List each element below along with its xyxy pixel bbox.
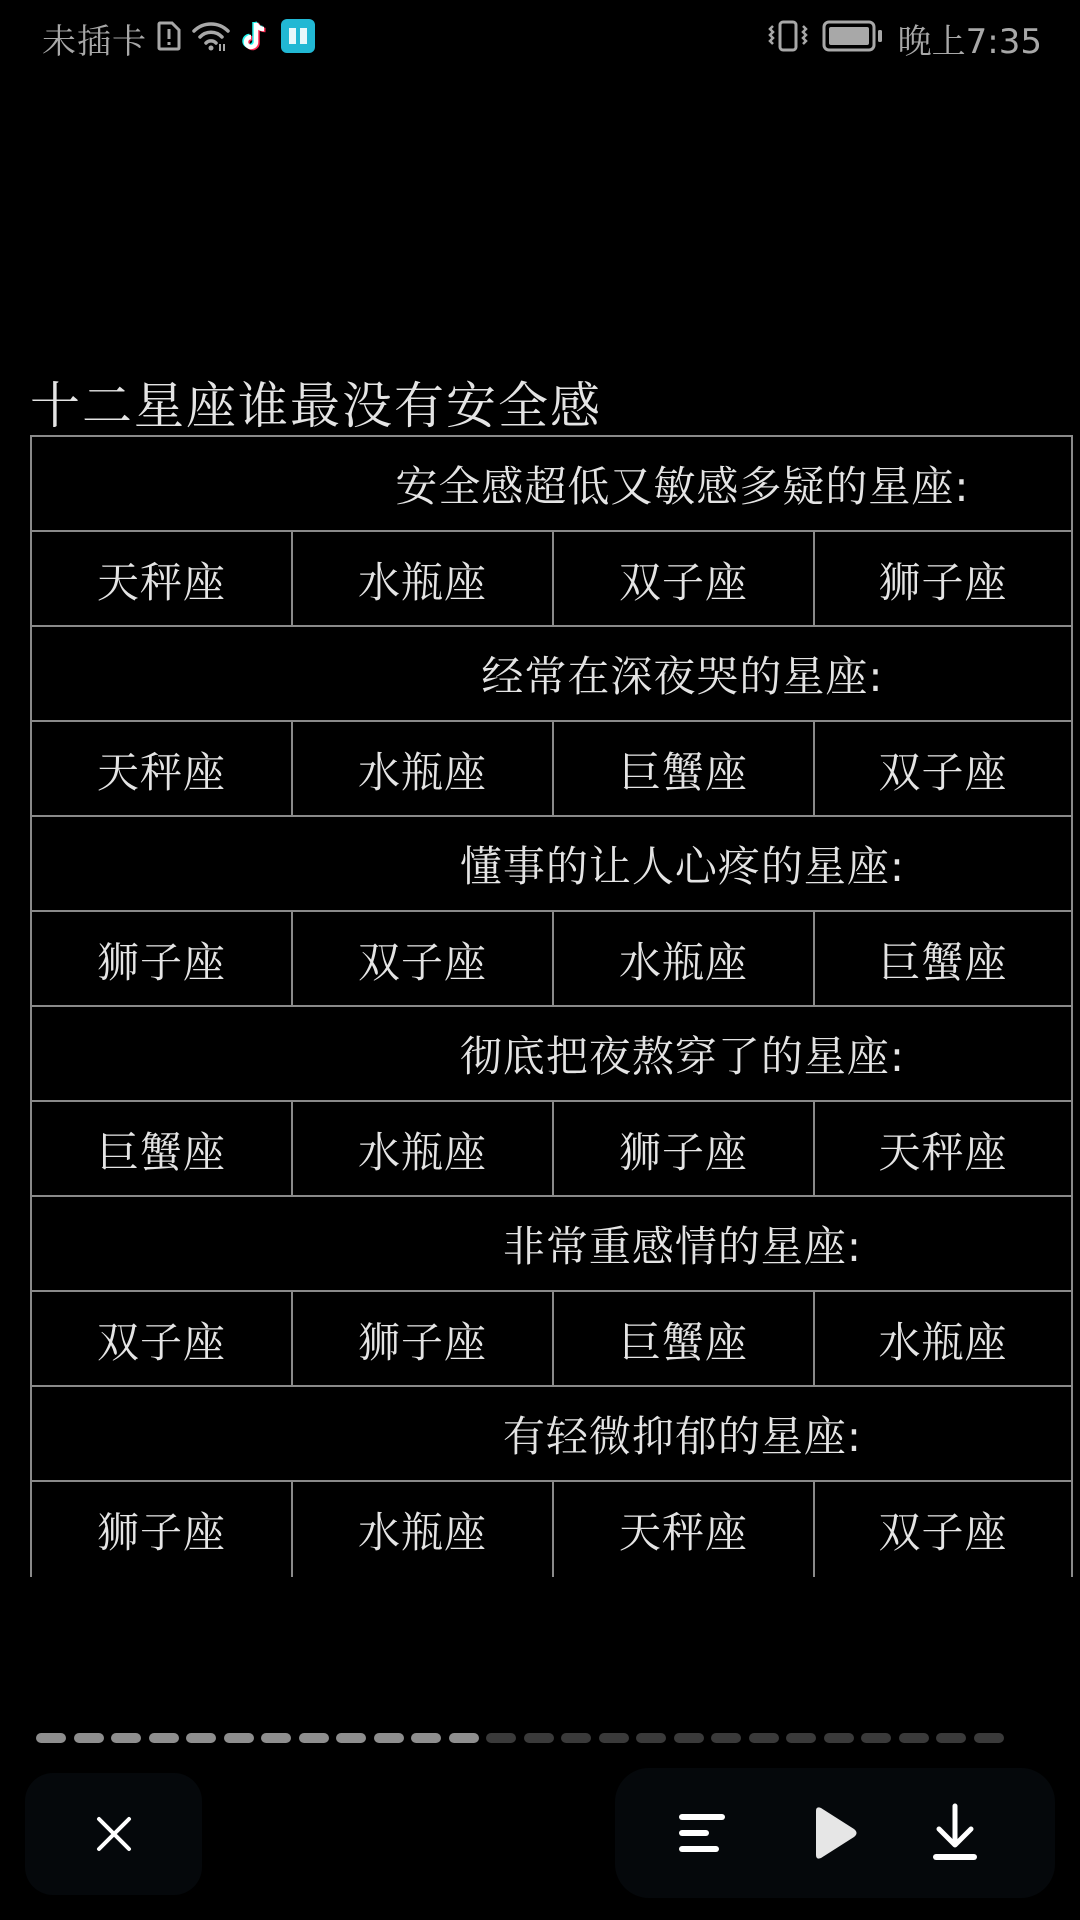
progress-segment[interactable] [149,1733,179,1743]
section-header: 经常在深夜哭的星座: [30,625,1073,720]
download-button[interactable] [905,1768,1005,1898]
sign-cell: 巨蟹座 [30,1102,291,1197]
list-icon [677,1811,727,1855]
clock: 晚上7:35 [898,14,1042,63]
sign-cell: 双子座 [813,722,1073,817]
progress-segment[interactable] [111,1733,141,1743]
progress-segment[interactable] [861,1733,891,1743]
progress-segment[interactable] [261,1733,291,1743]
reader-app-icon [281,19,315,57]
sign-cell: 狮子座 [813,532,1073,627]
vibrate-icon [768,20,808,56]
section-heading: 有轻微抑郁的星座: [294,1387,1071,1480]
progress-segment[interactable] [749,1733,779,1743]
progress-segment[interactable] [524,1733,554,1743]
sign-cell: 双子座 [30,1292,291,1387]
sign-cell: 双子座 [552,532,813,627]
play-button[interactable] [785,1768,885,1898]
sign-cell: 天秤座 [30,532,291,627]
sign-cell: 水瓶座 [291,1482,552,1577]
sign-cell: 水瓶座 [813,1292,1073,1387]
close-icon [94,1814,134,1854]
status-bar-left: 未插卡 [42,16,315,60]
sign-cell: 水瓶座 [291,532,552,627]
progress-segment[interactable] [411,1733,441,1743]
progress-segment[interactable] [674,1733,704,1743]
progress-segment[interactable] [486,1733,516,1743]
progress-segment[interactable] [374,1733,404,1743]
section-header: 有轻微抑郁的星座: [30,1385,1073,1480]
sign-cell: 巨蟹座 [813,912,1073,1007]
section-heading: 经常在深夜哭的星座: [294,627,1071,720]
progress-segment[interactable] [186,1733,216,1743]
section-header: 安全感超低又敏感多疑的星座: [30,435,1073,530]
progress-segment[interactable] [449,1733,479,1743]
progress-segment[interactable] [74,1733,104,1743]
list-button[interactable] [652,1768,752,1898]
progress-segment[interactable] [899,1733,929,1743]
section-header: 彻底把夜熬穿了的星座: [30,1005,1073,1100]
battery-icon [822,19,884,57]
zodiac-table: 安全感超低又敏感多疑的星座:天秤座水瓶座双子座狮子座经常在深夜哭的星座:天秤座水… [30,435,1073,1575]
sign-cell: 狮子座 [291,1292,552,1387]
sim-alert-icon [157,21,181,55]
sign-cell: 狮子座 [30,912,291,1007]
section-heading: 懂事的让人心疼的星座: [294,817,1071,910]
slideshow-progress [36,1733,1004,1743]
progress-segment[interactable] [824,1733,854,1743]
progress-segment[interactable] [936,1733,966,1743]
progress-segment[interactable] [636,1733,666,1743]
section-header: 懂事的让人心疼的星座: [30,815,1073,910]
progress-segment[interactable] [711,1733,741,1743]
section-heading: 非常重感情的星座: [294,1197,1071,1290]
progress-segment[interactable] [561,1733,591,1743]
sign-cell: 双子座 [813,1482,1073,1577]
progress-segment[interactable] [224,1733,254,1743]
section-header: 非常重感情的星座: [30,1195,1073,1290]
progress-segment[interactable] [36,1733,66,1743]
status-bar-right: 晚上7:35 [768,16,1042,60]
sign-row: 天秤座水瓶座双子座狮子座 [30,530,1073,625]
progress-segment[interactable] [786,1733,816,1743]
sign-cell: 天秤座 [552,1482,813,1577]
progress-segment[interactable] [336,1733,366,1743]
sign-cell: 双子座 [291,912,552,1007]
progress-segment[interactable] [974,1733,1004,1743]
sign-cell: 狮子座 [30,1482,291,1577]
sign-row: 狮子座双子座水瓶座巨蟹座 [30,910,1073,1005]
playback-controls [615,1768,1055,1898]
status-bar: 未插卡 晚上7:35 [0,0,1080,76]
tiktok-icon [241,19,271,57]
wifi-icon [191,20,231,56]
progress-segment[interactable] [299,1733,329,1743]
sign-cell: 巨蟹座 [552,722,813,817]
sign-row: 狮子座水瓶座天秤座双子座 [30,1480,1073,1575]
carrier-label: 未插卡 [42,14,147,63]
sign-cell: 天秤座 [30,722,291,817]
sign-row: 双子座狮子座巨蟹座水瓶座 [30,1290,1073,1385]
sign-cell: 水瓶座 [291,722,552,817]
page-title: 十二星座谁最没有安全感 [30,366,602,438]
sign-cell: 水瓶座 [552,912,813,1007]
section-heading: 安全感超低又敏感多疑的星座: [294,437,1071,530]
sign-cell: 天秤座 [813,1102,1073,1197]
play-icon [810,1805,860,1861]
sign-row: 天秤座水瓶座巨蟹座双子座 [30,720,1073,815]
sign-cell: 狮子座 [552,1102,813,1197]
progress-segment[interactable] [599,1733,629,1743]
sign-cell: 水瓶座 [291,1102,552,1197]
download-icon [930,1803,980,1863]
sign-cell: 巨蟹座 [552,1292,813,1387]
sign-row: 巨蟹座水瓶座狮子座天秤座 [30,1100,1073,1195]
close-button[interactable] [25,1773,202,1895]
section-heading: 彻底把夜熬穿了的星座: [294,1007,1071,1100]
